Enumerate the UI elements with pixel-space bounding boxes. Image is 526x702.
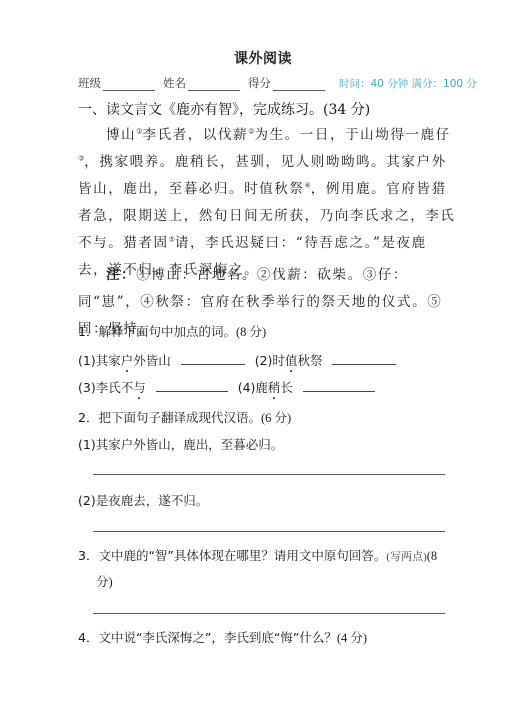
- question-2: 2．把下面句子翻译成现代汉语。(6 分): [78, 408, 291, 426]
- passage-text: 李氏者，以伐薪: [142, 127, 248, 143]
- question-score: (4 分): [337, 631, 367, 645]
- question-1-row-1: (1)其家户外皆山 (2)时值秋祭: [78, 351, 402, 369]
- question-text: 文中鹿的“智”具体体现在哪里？请用文中原句回答。: [98, 548, 386, 563]
- question-text: 文中说“李氏深悔之”，李氏到底“悔”什么？: [98, 630, 336, 645]
- student-info-row: 班级 姓名 得分 时间：40 分钟 满分：100 分: [78, 75, 477, 91]
- dotted-char: 稍: [268, 380, 281, 395]
- answer-line-3[interactable]: [93, 612, 445, 614]
- item-label: (4)鹿: [238, 380, 268, 395]
- item-label: (2)时: [255, 353, 285, 368]
- question-text: 把下面句子翻译成现代汉语。: [98, 410, 261, 425]
- score-label: 得分: [248, 75, 271, 91]
- answer-blank-2[interactable]: [332, 352, 396, 365]
- passage-text: 为生。一日，于山坳得一鹿仔: [254, 127, 450, 143]
- name-label: 姓名: [163, 75, 186, 91]
- item-label: (3)李氏不: [78, 380, 133, 395]
- section-heading: 一、读文言文《鹿亦有智》，完成练习。(34 分): [78, 99, 370, 119]
- question-number: 1．: [78, 324, 98, 339]
- question-text: 解释下面句中加点的词。: [98, 324, 236, 339]
- question-2-item-2: (2)是夜鹿去，遂不归。: [78, 491, 208, 509]
- score-field[interactable]: [273, 78, 325, 91]
- class-field[interactable]: [103, 78, 155, 91]
- item-label: (1)其家: [78, 353, 121, 368]
- item-label: 长: [280, 380, 293, 395]
- answer-line-2-1[interactable]: [93, 473, 445, 475]
- question-number: 3．: [78, 548, 98, 563]
- question-1: 1．解释下面句中加点的词。(8 分): [78, 322, 266, 340]
- question-number: 4．: [78, 630, 98, 645]
- dotted-char: 值: [285, 353, 298, 368]
- passage-paragraph: 博山①李氏者，以伐薪②为生。一日，于山坳得一鹿仔③，携家喂养。鹿稍长，甚驯，见人…: [78, 122, 456, 284]
- answer-blank-3[interactable]: [156, 379, 228, 392]
- answer-line-2-2[interactable]: [93, 530, 445, 532]
- item-label: 秋祭: [297, 353, 322, 368]
- class-label: 班级: [78, 75, 101, 91]
- question-1-row-2: (3)李氏不与 (4)鹿稍长: [78, 378, 381, 396]
- question-3-score-cont: 分): [96, 572, 113, 590]
- worksheet-page: 课外阅读 班级 姓名 得分 时间：40 分钟 满分：100 分 一、读文言文《鹿…: [0, 0, 526, 702]
- name-field[interactable]: [188, 78, 240, 91]
- question-2-item-1: (1)其家户外皆山，鹿出，至暮必归。: [78, 435, 283, 453]
- question-hint: (写两点): [386, 551, 426, 563]
- time-info: 时间：40 分钟 满分：100 分: [339, 76, 477, 91]
- question-score: (8: [427, 549, 437, 563]
- notes-label: 注：: [106, 267, 136, 283]
- page-title: 课外阅读: [0, 48, 526, 68]
- question-number: 2．: [78, 410, 98, 425]
- answer-blank-4[interactable]: [303, 379, 375, 392]
- question-3: 3．文中鹿的“智”具体体现在哪里？请用文中原句回答。(写两点)(8: [78, 546, 437, 564]
- question-score: (8 分): [236, 325, 266, 339]
- dotted-char: 户: [121, 353, 134, 368]
- question-4: 4．文中说“李氏深悔之”，李氏到底“悔”什么？(4 分): [78, 628, 367, 646]
- answer-blank-1[interactable]: [181, 352, 245, 365]
- passage-text: 博山: [106, 127, 136, 143]
- question-score: 分): [96, 575, 113, 589]
- item-label: 外皆山: [133, 353, 171, 368]
- classical-passage: 博山①李氏者，以伐薪②为生。一日，于山坳得一鹿仔③，携家喂养。鹿稍长，甚驯，见人…: [78, 122, 456, 284]
- question-score: (6 分): [261, 411, 291, 425]
- dotted-char: 与: [133, 380, 146, 395]
